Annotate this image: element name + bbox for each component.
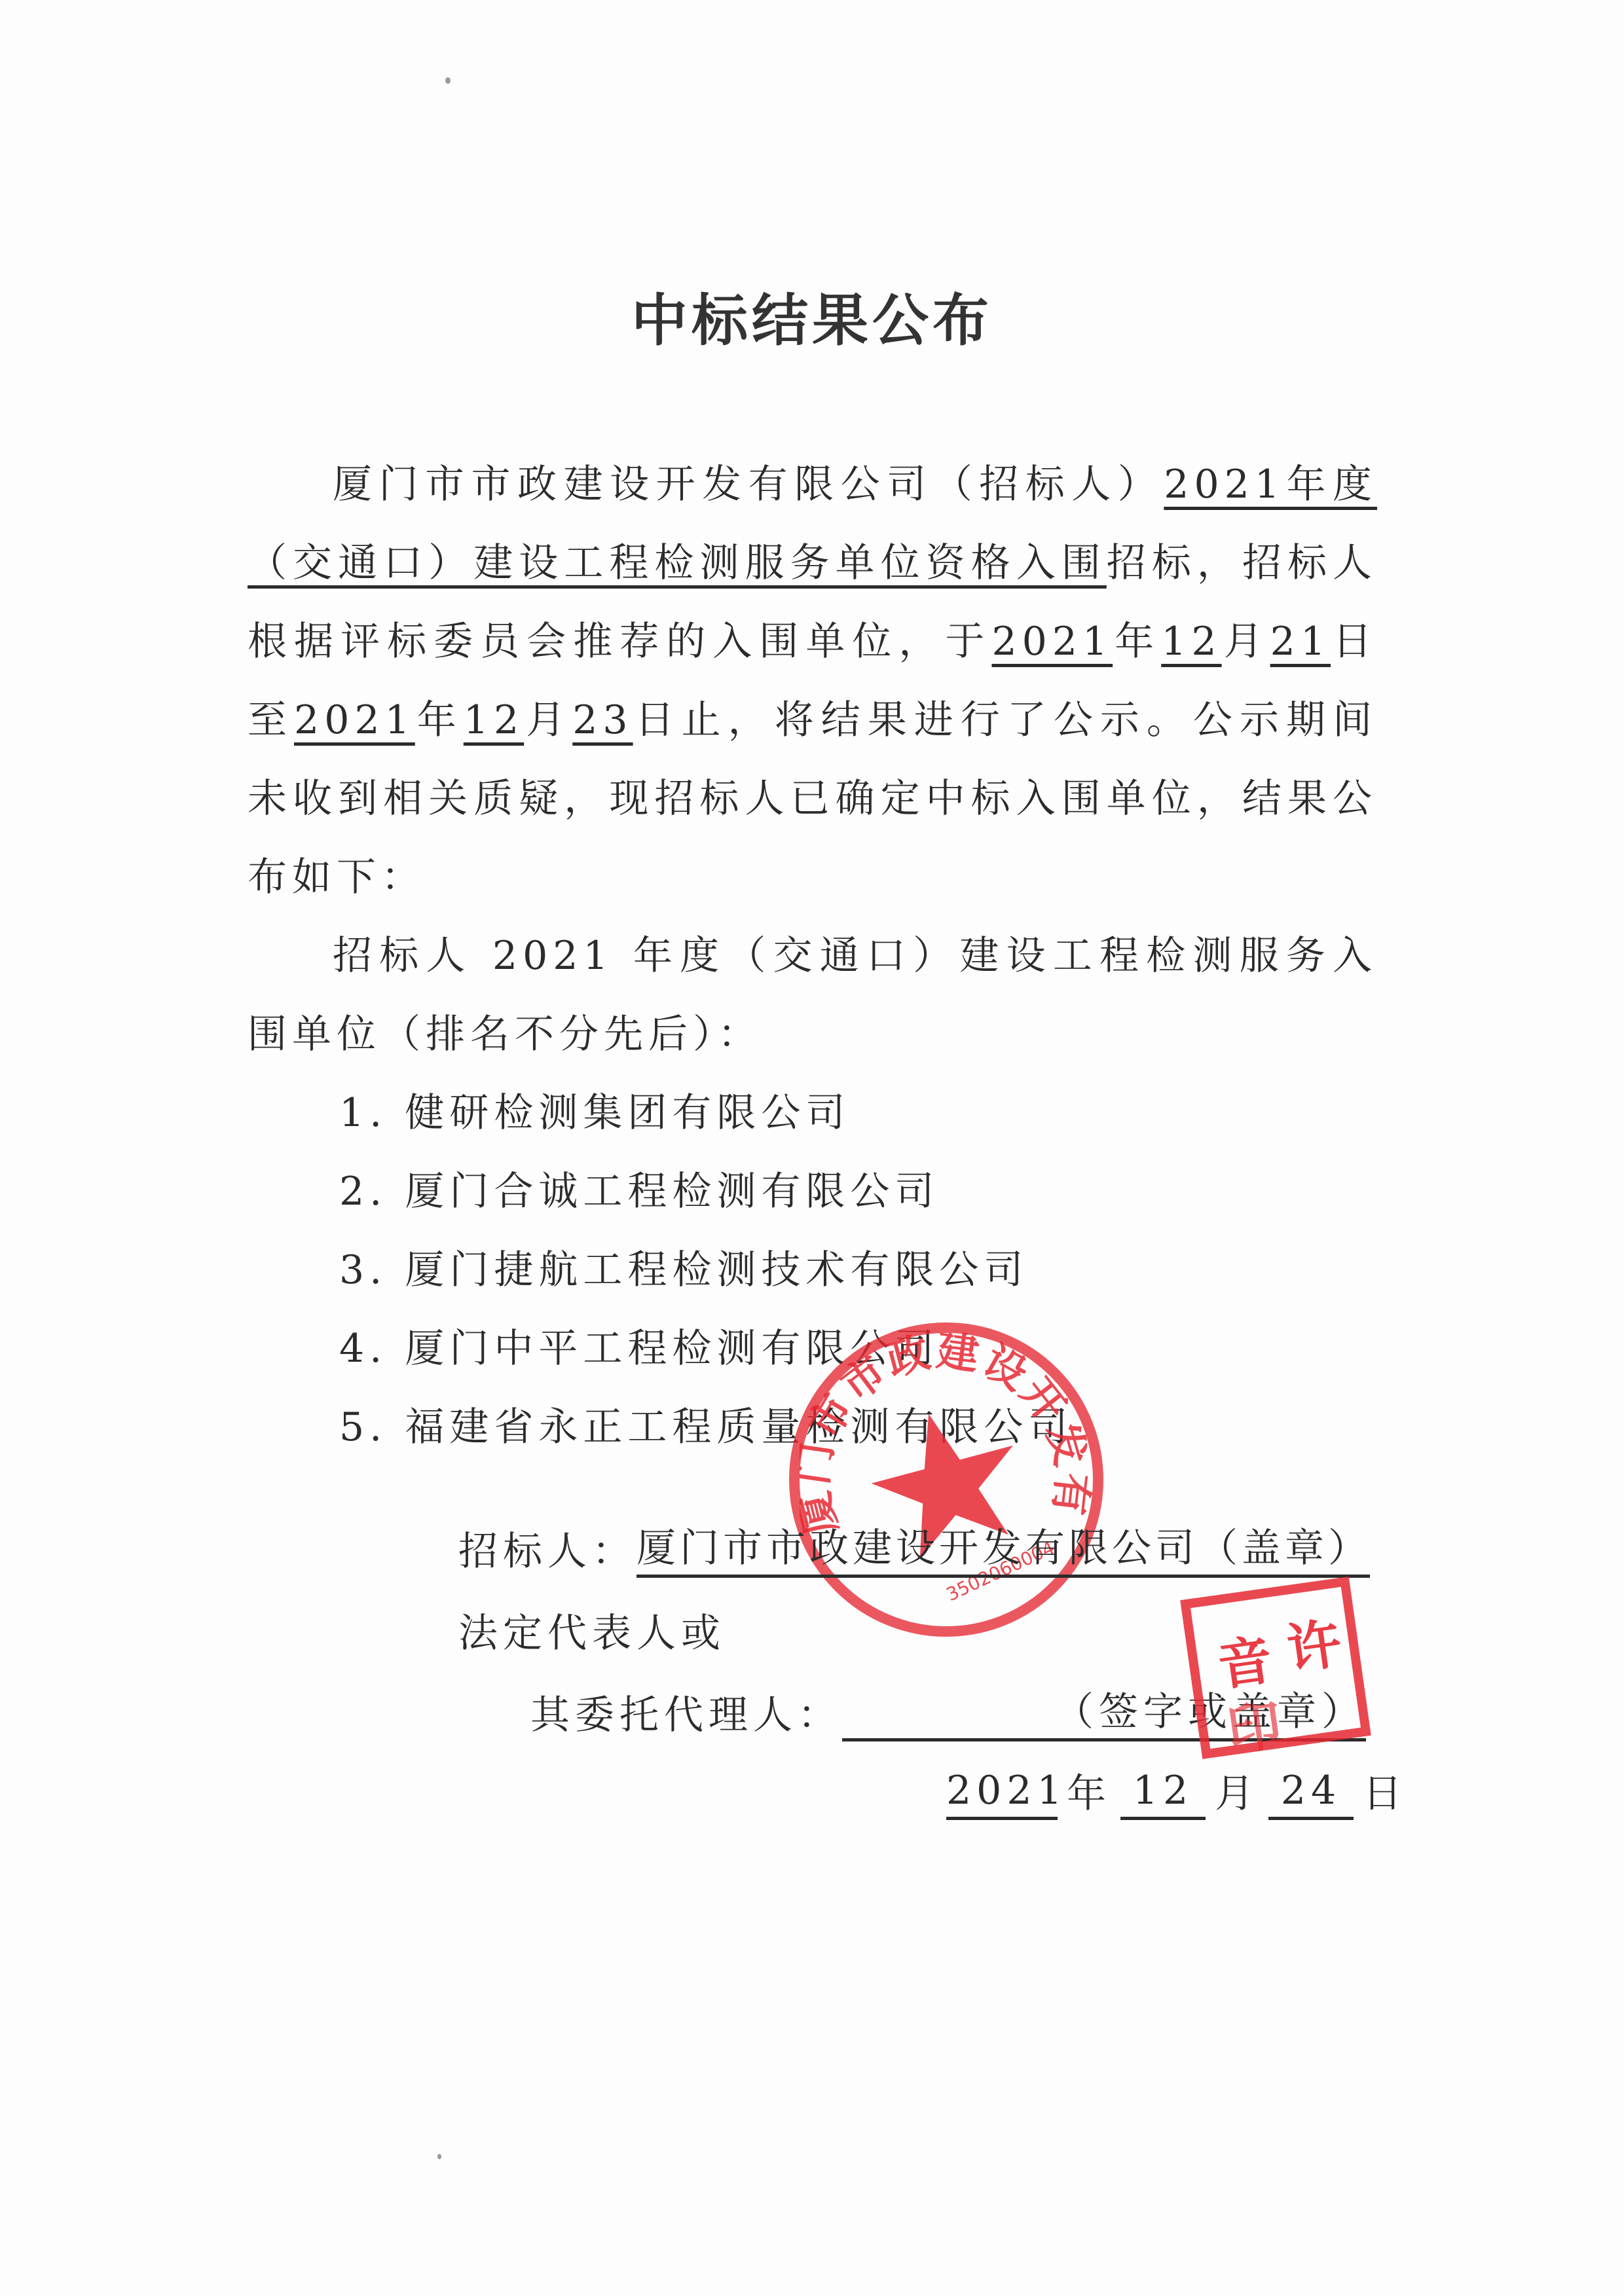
agent-label: 其委托代理人： xyxy=(530,1692,842,1738)
list-item: 3. 厦门捷航工程检测技术有限公司 xyxy=(248,1231,1377,1309)
date-day: 24 xyxy=(1268,1764,1354,1820)
document-page: 中标结果公布 厦门市市政建设开发有限公司（招标人）2021年度（交通口）建设工程… xyxy=(0,0,1624,2296)
start-month: 12 xyxy=(1161,619,1221,665)
start-year: 2021 xyxy=(991,619,1113,665)
agent-hint: （签字或盖章） xyxy=(1054,1689,1366,1735)
start-day: 21 xyxy=(1270,619,1331,665)
list-item: 1. 健研检测集团有限公司 xyxy=(248,1074,1377,1152)
winners-list: 1. 健研检测集团有限公司 2. 厦门合诚工程检测有限公司 3. 厦门捷航工程检… xyxy=(248,1074,1377,1467)
date-month: 12 xyxy=(1120,1764,1206,1820)
agent-line: 其委托代理人：（签字或盖章） xyxy=(530,1686,1366,1741)
month-label: 月 xyxy=(1215,1771,1259,1817)
list-item: 4. 厦门中平工程检测有限公司 xyxy=(248,1309,1377,1388)
legal-rep-label: 法定代表人或 xyxy=(458,1607,726,1660)
date-year: 2021 xyxy=(946,1764,1058,1820)
tenderer-label: 招标人： xyxy=(458,1529,637,1575)
year-label: 年 xyxy=(1067,1771,1111,1817)
end-year: 2021 xyxy=(294,697,415,743)
agent-signature-field: （签字或盖章） xyxy=(842,1686,1366,1741)
document-body: 厦门市市政建设开发有限公司（招标人）2021年度（交通口）建设工程检测服务单位资… xyxy=(248,445,1377,1467)
winners-intro: 招标人 2021 年度（交通口）建设工程检测服务入围单位（排名不分先后）： xyxy=(248,917,1377,1074)
list-item: 5. 福建省永正工程质量检测有限公司 xyxy=(248,1388,1377,1467)
signing-date: 2021年12月24日 xyxy=(946,1764,1407,1820)
tenderer-value: 厦门市市政建设开发有限公司（盖章） xyxy=(637,1522,1370,1578)
tenderer-intro: 厦门市市政建设开发有限公司（招标人） xyxy=(333,462,1164,507)
year-label: 年 xyxy=(1113,619,1161,665)
scan-speck xyxy=(445,77,451,84)
month-label: 月 xyxy=(524,697,572,743)
page-title: 中标结果公布 xyxy=(0,275,1624,356)
announcement-paragraph: 厦门市市政建设开发有限公司（招标人）2021年度（交通口）建设工程检测服务单位资… xyxy=(248,445,1377,917)
month-label: 月 xyxy=(1222,619,1270,665)
end-day: 23 xyxy=(572,697,633,743)
list-item: 2. 厦门合诚工程检测有限公司 xyxy=(248,1152,1377,1231)
year-label: 年 xyxy=(415,697,464,743)
tenderer-line: 招标人：厦门市市政建设开发有限公司（盖章） xyxy=(458,1522,1370,1578)
scan-speck xyxy=(437,2154,441,2159)
personal-seal-char: 许 xyxy=(1282,1601,1346,1684)
end-month: 12 xyxy=(464,697,524,743)
day-label: 日 xyxy=(1363,1771,1407,1817)
